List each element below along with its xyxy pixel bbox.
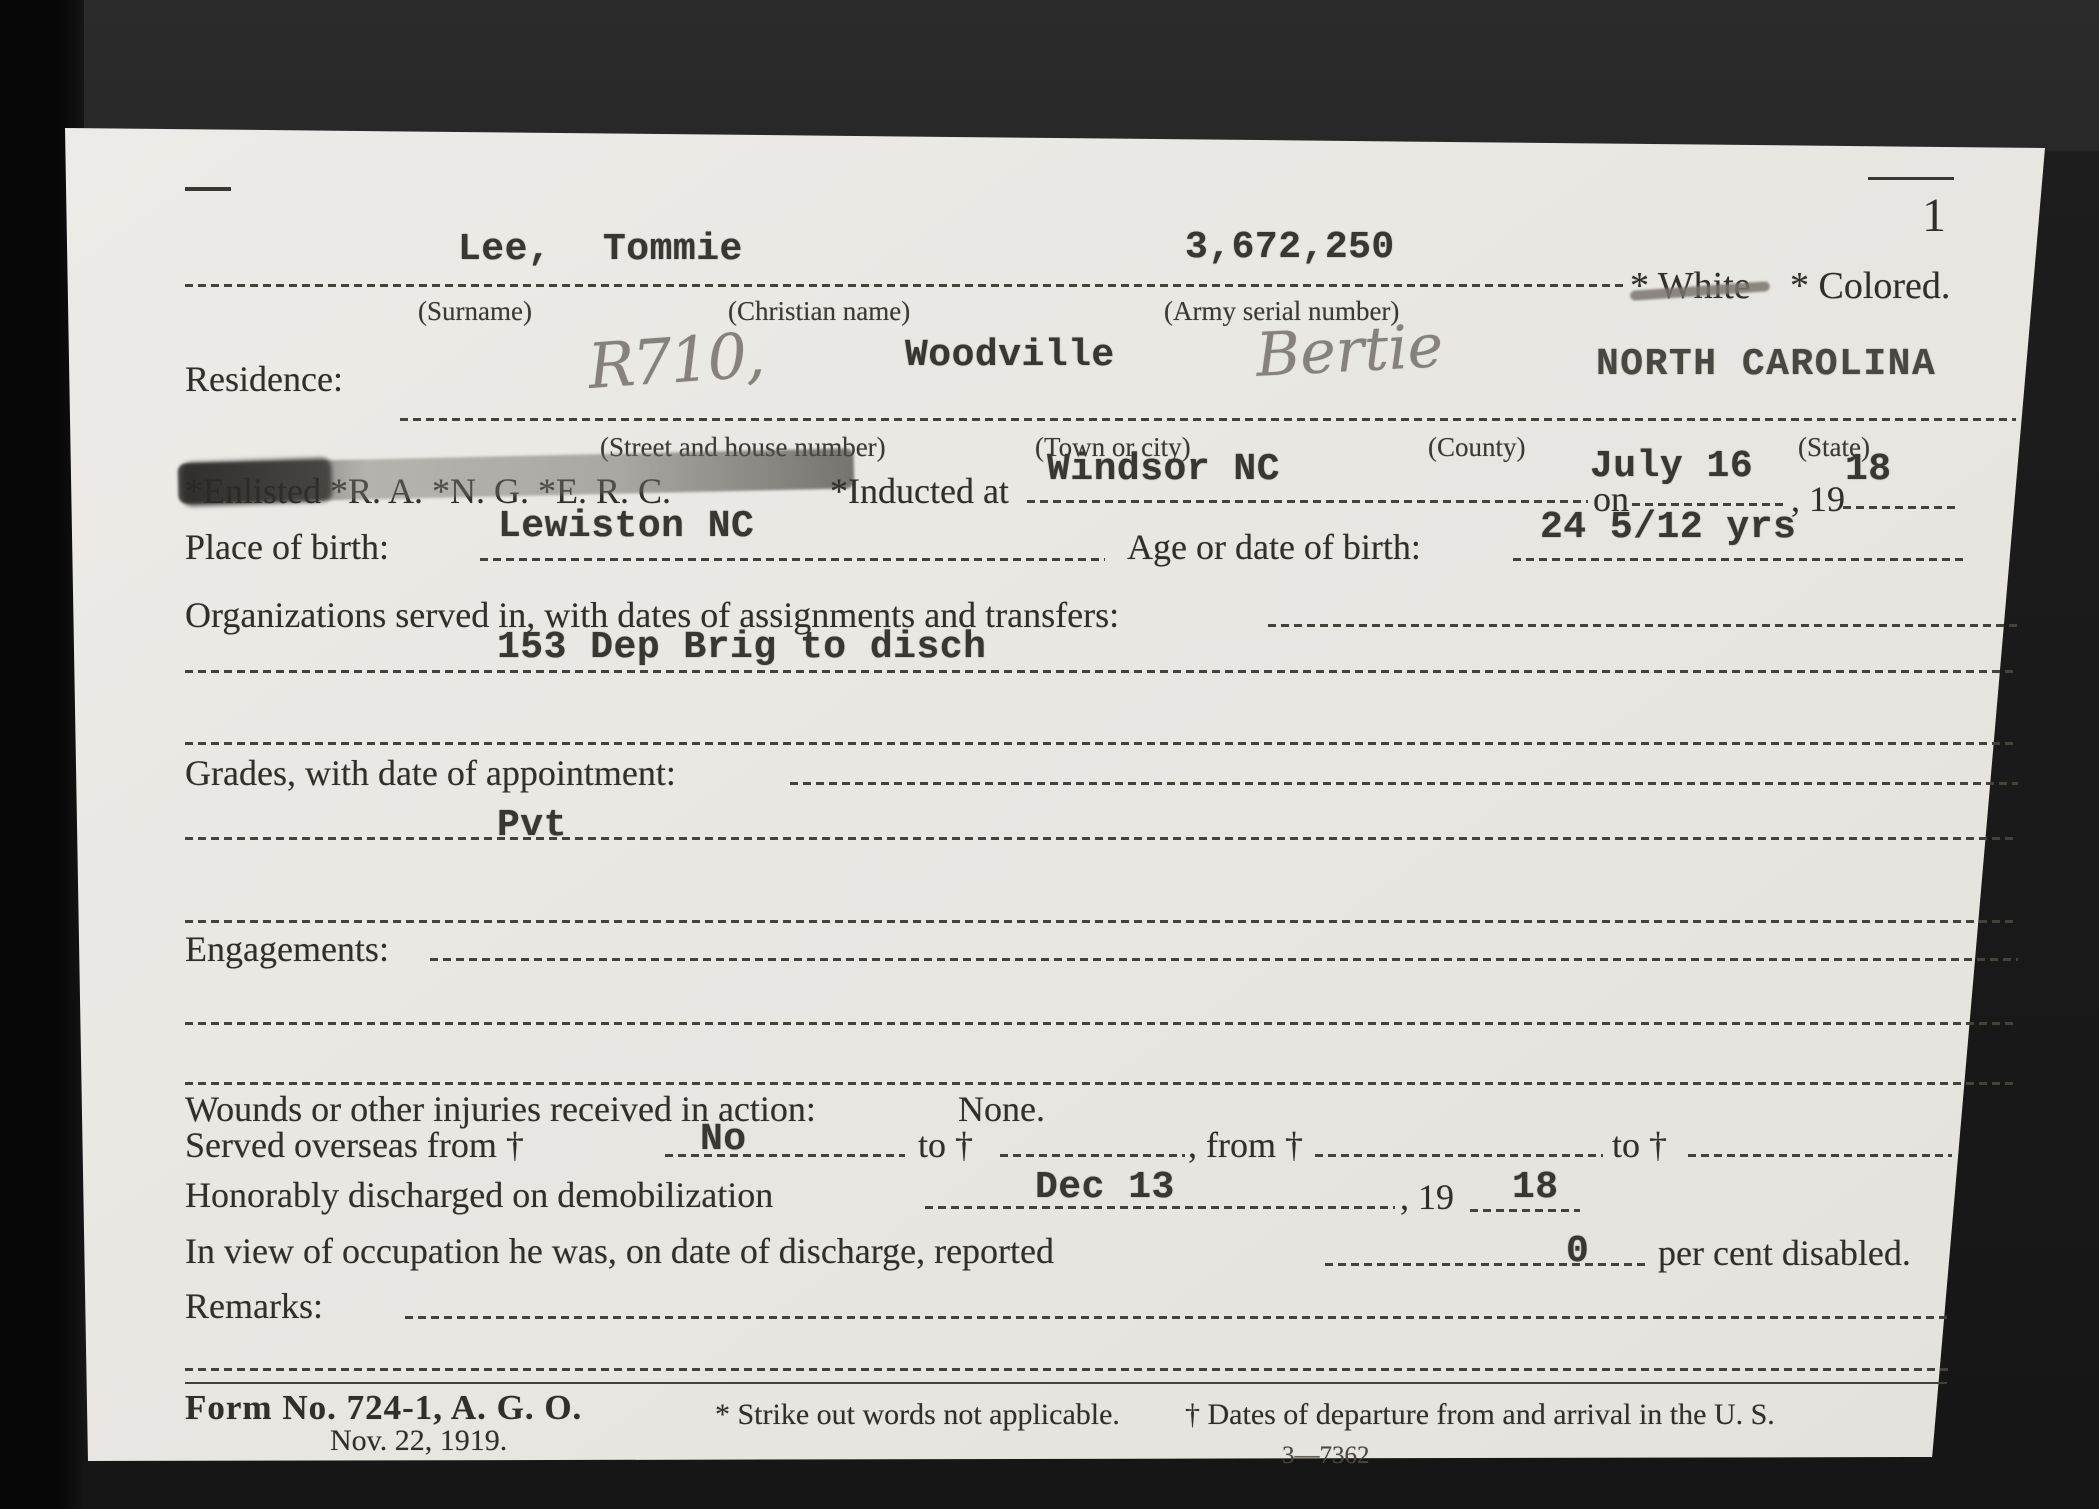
engagements-blank-rule-1 [185, 1022, 2015, 1025]
grades-label: Grades, with date of appointment: [185, 752, 676, 794]
engagements-rule [430, 958, 2018, 961]
overseas-rule-3 [1315, 1154, 1603, 1157]
county-label: (County) [1428, 432, 1526, 463]
overseas-to2-label: to † [1612, 1124, 1667, 1166]
engagements-blank-rule-2 [185, 1082, 2013, 1085]
place-of-birth-label: Place of birth: [185, 526, 389, 568]
organizations-value: 153 Dep Brig to disch [497, 626, 986, 669]
engagements-label: Engagements: [185, 928, 389, 970]
printers-code: 3—7362 [1282, 1442, 1370, 1470]
organizations-rule [1268, 624, 2018, 627]
disability-value: 0 [1566, 1230, 1589, 1273]
inducted-place-value: Windsor NC [1047, 448, 1280, 491]
disability-rule [1325, 1263, 1647, 1266]
name-line-rule [185, 284, 1625, 287]
inducted-place-rule [1027, 500, 1588, 503]
induction-year-label: , 19 [1791, 478, 1845, 520]
dates-note: † Dates of departure from and arrival in… [1185, 1398, 1775, 1432]
grades-blank-rule [185, 920, 2018, 923]
organizations-blank-rule [185, 742, 2018, 745]
discharge-date-value: Dec 13 [1035, 1166, 1175, 1209]
discharge-year-value: 18 [1512, 1166, 1559, 1209]
county-value-handwritten: Bertie [1254, 311, 1445, 391]
christian-name-value: Tommie [603, 228, 743, 271]
disability-label: In view of occupation he was, on date of… [185, 1230, 1054, 1272]
closing-dotted-rule [185, 1368, 1951, 1371]
age-value: 24 5/12 yrs [1540, 506, 1796, 549]
age-label: Age or date of birth: [1127, 526, 1421, 568]
overseas-rule-4 [1688, 1154, 1952, 1157]
form-date: Nov. 22, 1919. [330, 1424, 507, 1458]
remarks-rule [405, 1316, 1950, 1319]
closing-solid-rule [185, 1382, 1947, 1384]
overseas-label: Served overseas from † [185, 1124, 524, 1166]
discharge-year-label: , 19 [1400, 1176, 1454, 1218]
serial-number-value: 3,672,250 [1185, 226, 1395, 269]
strike-out-note: * Strike out words not applicable. [715, 1398, 1120, 1432]
street-value-handwritten: R710, [586, 318, 765, 403]
grades-value: Pvt [497, 804, 567, 847]
surname-value: Lee, [458, 228, 551, 271]
page-number: 1 [1922, 188, 1946, 243]
induction-date-value: July 16 [1590, 445, 1753, 488]
place-of-birth-value: Lewiston NC [498, 505, 754, 548]
induction-year-rule [1843, 506, 1955, 509]
top-right-tick-mark [1868, 177, 1954, 180]
form-number: Form No. 724-1, A. G. O. [185, 1388, 582, 1428]
overseas-rule-2 [1000, 1154, 1185, 1157]
age-rule [1513, 558, 1967, 561]
state-value: NORTH CAROLINA [1596, 343, 1936, 386]
place-of-birth-rule [480, 558, 1105, 561]
discharge-year-rule [1470, 1209, 1580, 1212]
inducted-at-label: *Inducted at [830, 470, 1009, 512]
grades-rule [790, 782, 2018, 785]
overseas-to1-label: to † [918, 1124, 973, 1166]
discharge-label: Honorably discharged on demobilization [185, 1174, 773, 1216]
ink-strikeout-blob [181, 457, 332, 506]
residence-line-rule [400, 418, 2016, 421]
induction-year-value: 18 [1845, 448, 1892, 491]
organizations-entry-rule [185, 670, 2018, 673]
scanned-service-card-page: 1 Lee, Tommie 3,672,250 * White * Colore… [0, 0, 2099, 1509]
grades-entry-rule [185, 837, 2018, 840]
race-option-colored: * Colored. [1790, 264, 1950, 308]
top-left-tick-mark [185, 187, 231, 191]
surname-label: (Surname) [418, 296, 532, 327]
disability-suffix-label: per cent disabled. [1658, 1232, 1911, 1274]
overseas-from2-label: , from † [1188, 1124, 1303, 1166]
town-value: Woodville [905, 334, 1115, 377]
remarks-label: Remarks: [185, 1285, 323, 1327]
residence-label: Residence: [185, 358, 343, 400]
discharge-date-rule [925, 1206, 1395, 1209]
overseas-rule-1 [665, 1154, 905, 1157]
